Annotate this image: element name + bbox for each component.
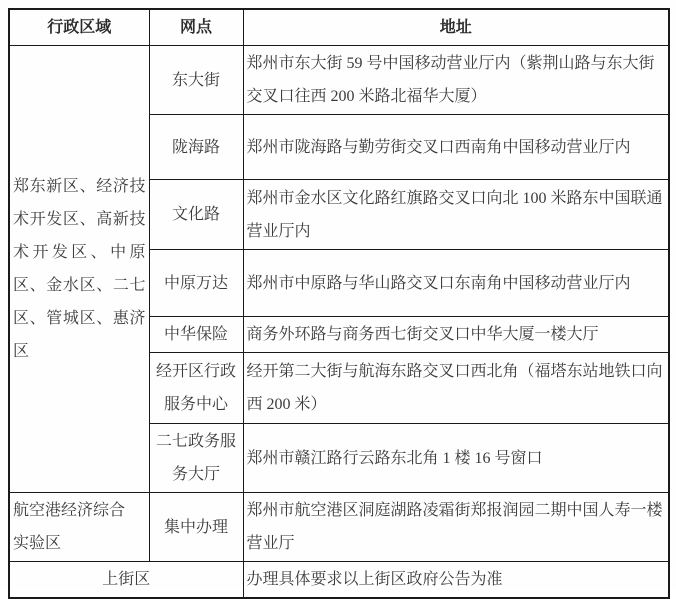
header-row: 行政区域 网点 地址 <box>9 9 669 46</box>
branch-cell: 二七政务服务大厅 <box>149 424 243 493</box>
service-locations-table: 行政区域 网点 地址 郑东新区、经济技术开发区、高新技术开发区、中原区、金水区、… <box>8 8 670 599</box>
address-cell: 郑州市陇海路与勤劳街交叉口西南角中国移动营业厅内 <box>243 115 669 180</box>
address-cell: 郑州市东大街 59 号中国移动营业厅内（紫荆山路与东大街交叉口往西 200 米路… <box>243 46 669 115</box>
column-header-address: 地址 <box>243 9 669 46</box>
table-row: 郑东新区、经济技术开发区、高新技术开发区、中原区、金水区、二七区、管城区、惠济区… <box>9 46 669 115</box>
branch-cell: 集中办理 <box>149 493 243 562</box>
table-row: 上街区 办理具体要求以上街区政府公告为准 <box>9 562 669 599</box>
branch-cell: 陇海路 <box>149 115 243 180</box>
address-cell: 郑州市赣江路行云路东北角 1 楼 16 号窗口 <box>243 424 669 493</box>
address-cell: 郑州市金水区文化路红旗路交叉口向北 100 米路东中国联通营业厅内 <box>243 180 669 250</box>
branch-cell: 经开区行政服务中心 <box>149 353 243 424</box>
branch-cell: 文化路 <box>149 180 243 250</box>
region-cell-shangjie: 上街区 <box>9 562 243 599</box>
address-cell: 商务外环路与商务西七街交叉口中华大厦一楼大厅 <box>243 317 669 353</box>
table-row: 航空港经济综合 实验区 集中办理 郑州市航空港区洞庭湖路凌霜街郑报润园二期中国人… <box>9 493 669 562</box>
address-cell: 办理具体要求以上街区政府公告为准 <box>243 562 669 599</box>
branch-cell: 中原万达 <box>149 250 243 317</box>
address-cell: 郑州市中原路与华山路交叉口东南角中国移动营业厅内 <box>243 250 669 317</box>
document-page: 行政区域 网点 地址 郑东新区、经济技术开发区、高新技术开发区、中原区、金水区、… <box>0 0 676 590</box>
region-cell-zhengdong-group: 郑东新区、经济技术开发区、高新技术开发区、中原区、金水区、二七区、管城区、惠济区 <box>9 46 149 493</box>
branch-cell: 东大街 <box>149 46 243 115</box>
address-cell: 郑州市航空港区洞庭湖路凌霜街郑报润园二期中国人寿一楼营业厅 <box>243 493 669 562</box>
branch-cell: 中华保险 <box>149 317 243 353</box>
address-cell: 经开第二大街与航海东路交叉口西北角（福塔东站地铁口向西 200 米） <box>243 353 669 424</box>
column-header-branch: 网点 <box>149 9 243 46</box>
column-header-region: 行政区域 <box>9 9 149 46</box>
region-cell-hangkonggang: 航空港经济综合 实验区 <box>9 493 149 562</box>
